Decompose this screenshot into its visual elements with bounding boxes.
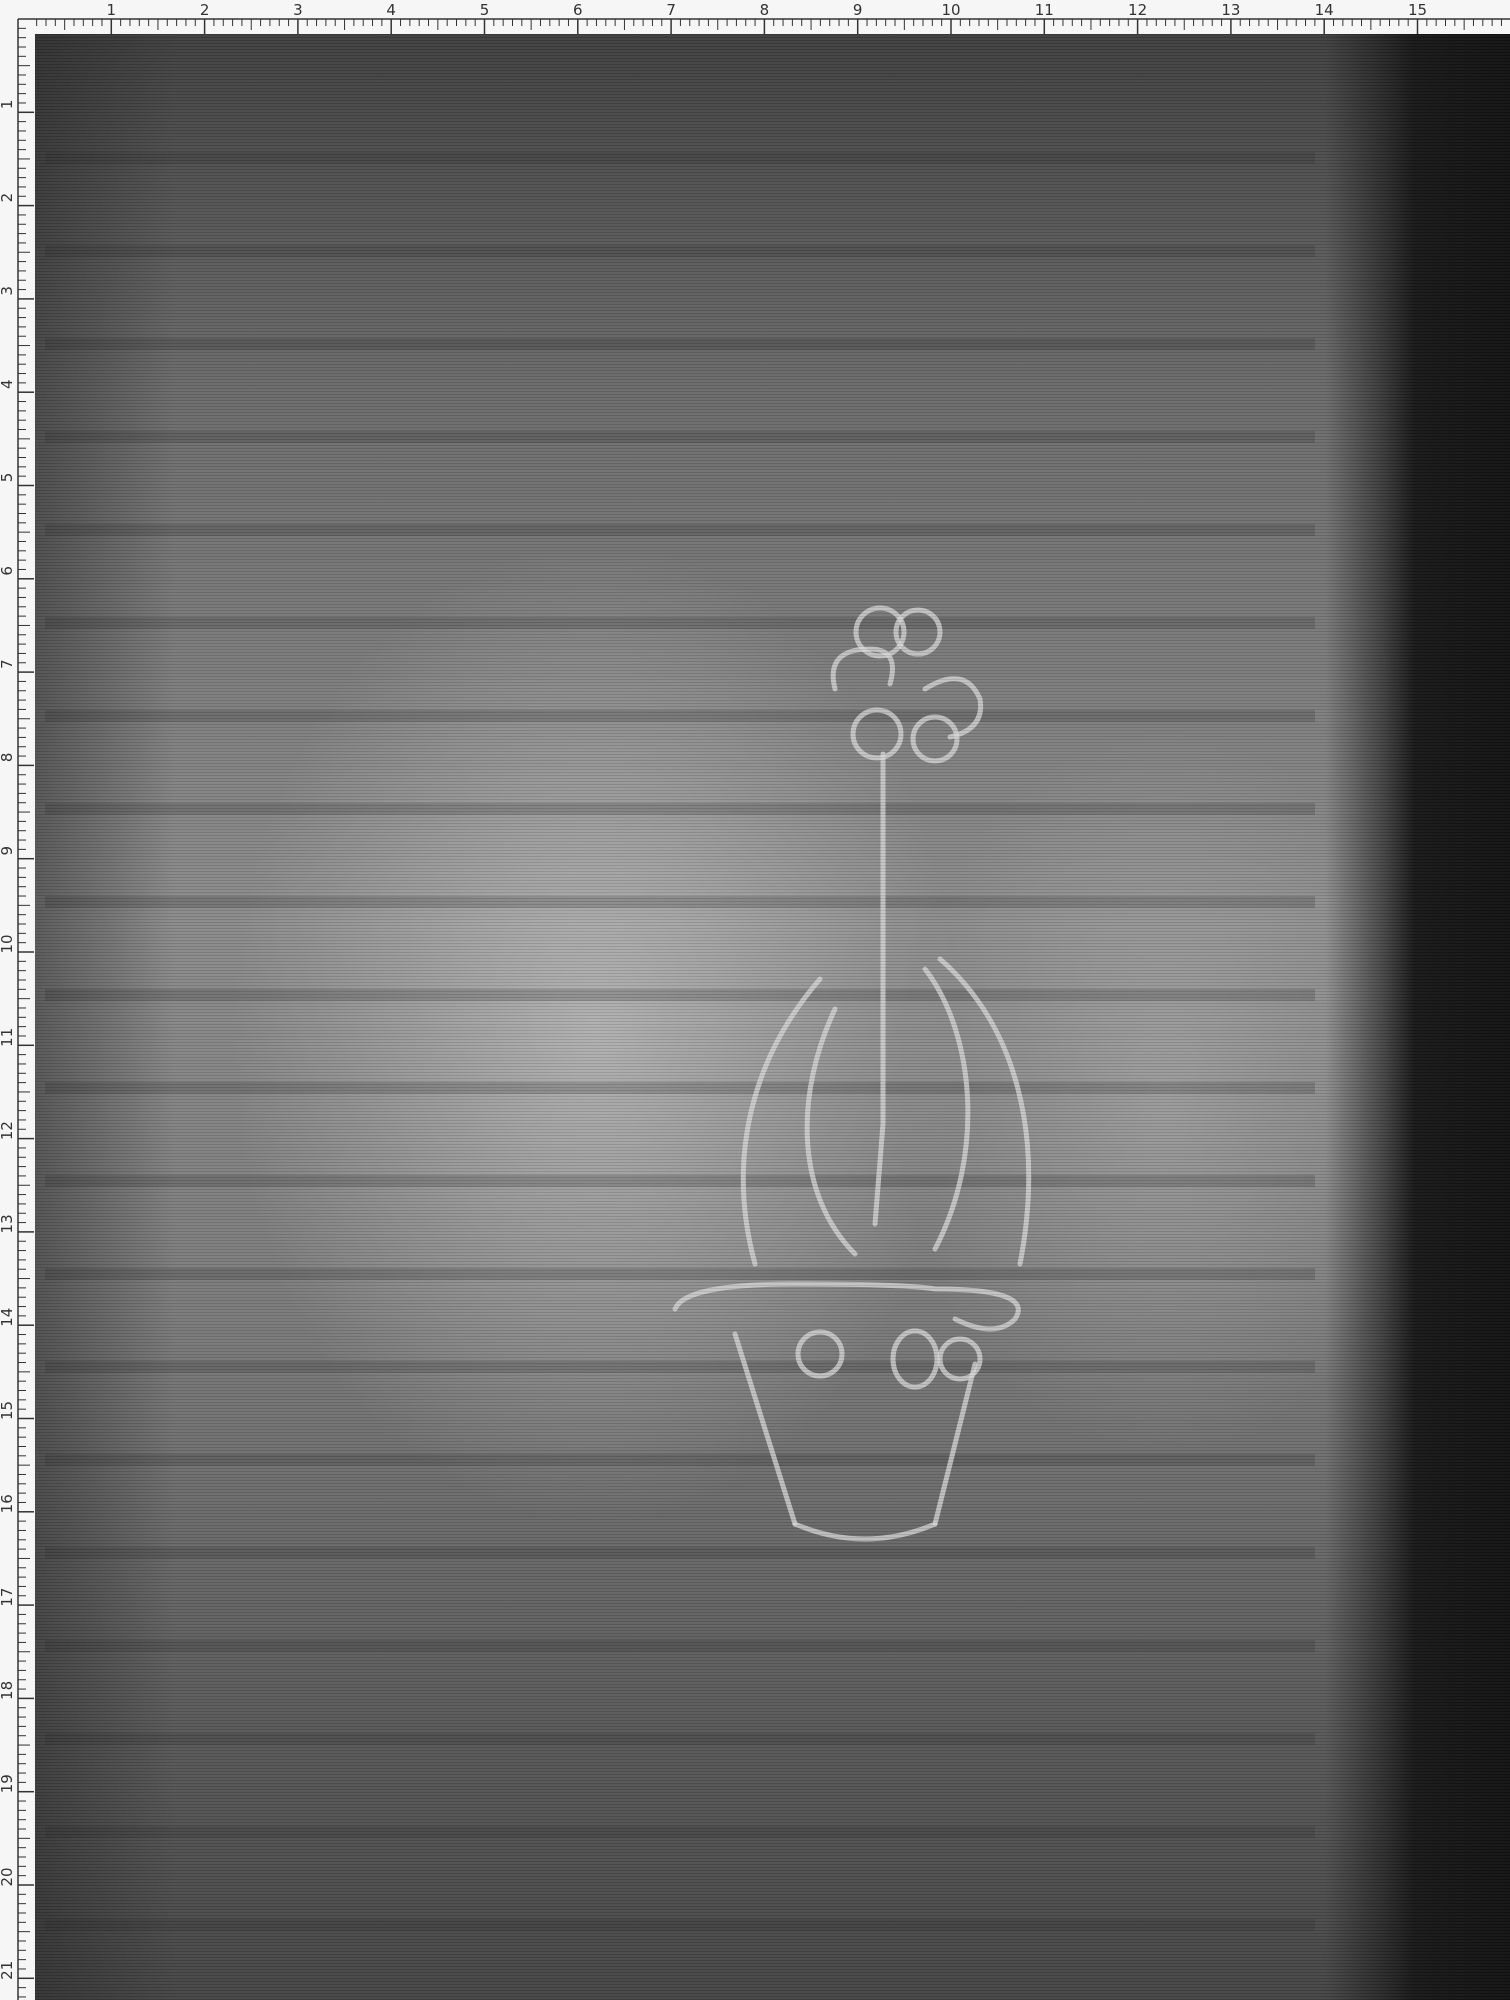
ruler-label: 20 — [0, 1867, 16, 1886]
top-ruler-ticks: 01234567891011121314150 — [0, 0, 1510, 34]
ruler-label: 6 — [573, 1, 583, 19]
ruler-label: 8 — [760, 1, 770, 19]
ruler-label: 13 — [1221, 1, 1240, 19]
left-ruler-ticks: 123456789101112131415161718192021 — [0, 0, 34, 2000]
manuscript-scan-image — [35, 34, 1510, 2000]
ruler-label: 5 — [480, 1, 490, 19]
ruler-label: 19 — [0, 1774, 16, 1793]
ruler-label: 4 — [386, 1, 396, 19]
ruler-label: 10 — [0, 934, 16, 953]
ruler-label: 18 — [0, 1681, 16, 1700]
ruler-label: 9 — [853, 1, 863, 19]
ruler-label: 2 — [200, 1, 210, 19]
ruler-label: 11 — [1035, 1, 1054, 19]
ruler-label: 11 — [0, 1028, 16, 1047]
left-ruler: 123456789101112131415161718192021 — [0, 0, 34, 2000]
ruler-label: 14 — [1315, 1, 1334, 19]
ruler-label: 12 — [1128, 1, 1147, 19]
ruler-label: 3 — [0, 286, 16, 296]
ruler-label: 9 — [0, 846, 16, 856]
ruler-label: 6 — [0, 566, 16, 576]
ruler-label: 15 — [1408, 1, 1427, 19]
ruler-label: 8 — [0, 753, 16, 763]
ruler-label: 16 — [0, 1494, 16, 1513]
ruler-label: 17 — [0, 1588, 16, 1607]
ruler-label: 2 — [0, 193, 16, 203]
ruler-label: 1 — [107, 1, 117, 19]
ruler-label: 1 — [0, 100, 16, 110]
watermark-flower-fleur-icon — [35, 34, 1510, 2000]
ruler-label: 14 — [0, 1308, 16, 1327]
dark-edge-band — [1325, 34, 1510, 2000]
top-ruler: 01234567891011121314150 — [0, 0, 1510, 34]
ruler-label: 7 — [0, 659, 16, 669]
ruler-label: 4 — [0, 379, 16, 389]
ruler-label: 3 — [293, 1, 303, 19]
ruler-label: 21 — [0, 1961, 16, 1980]
ruler-label: 12 — [0, 1121, 16, 1140]
ruler-label: 7 — [666, 1, 676, 19]
ruler-label: 5 — [0, 473, 16, 483]
ruler-label: 10 — [941, 1, 960, 19]
ruler-label: 13 — [0, 1214, 16, 1233]
ruler-label: 15 — [0, 1401, 16, 1420]
